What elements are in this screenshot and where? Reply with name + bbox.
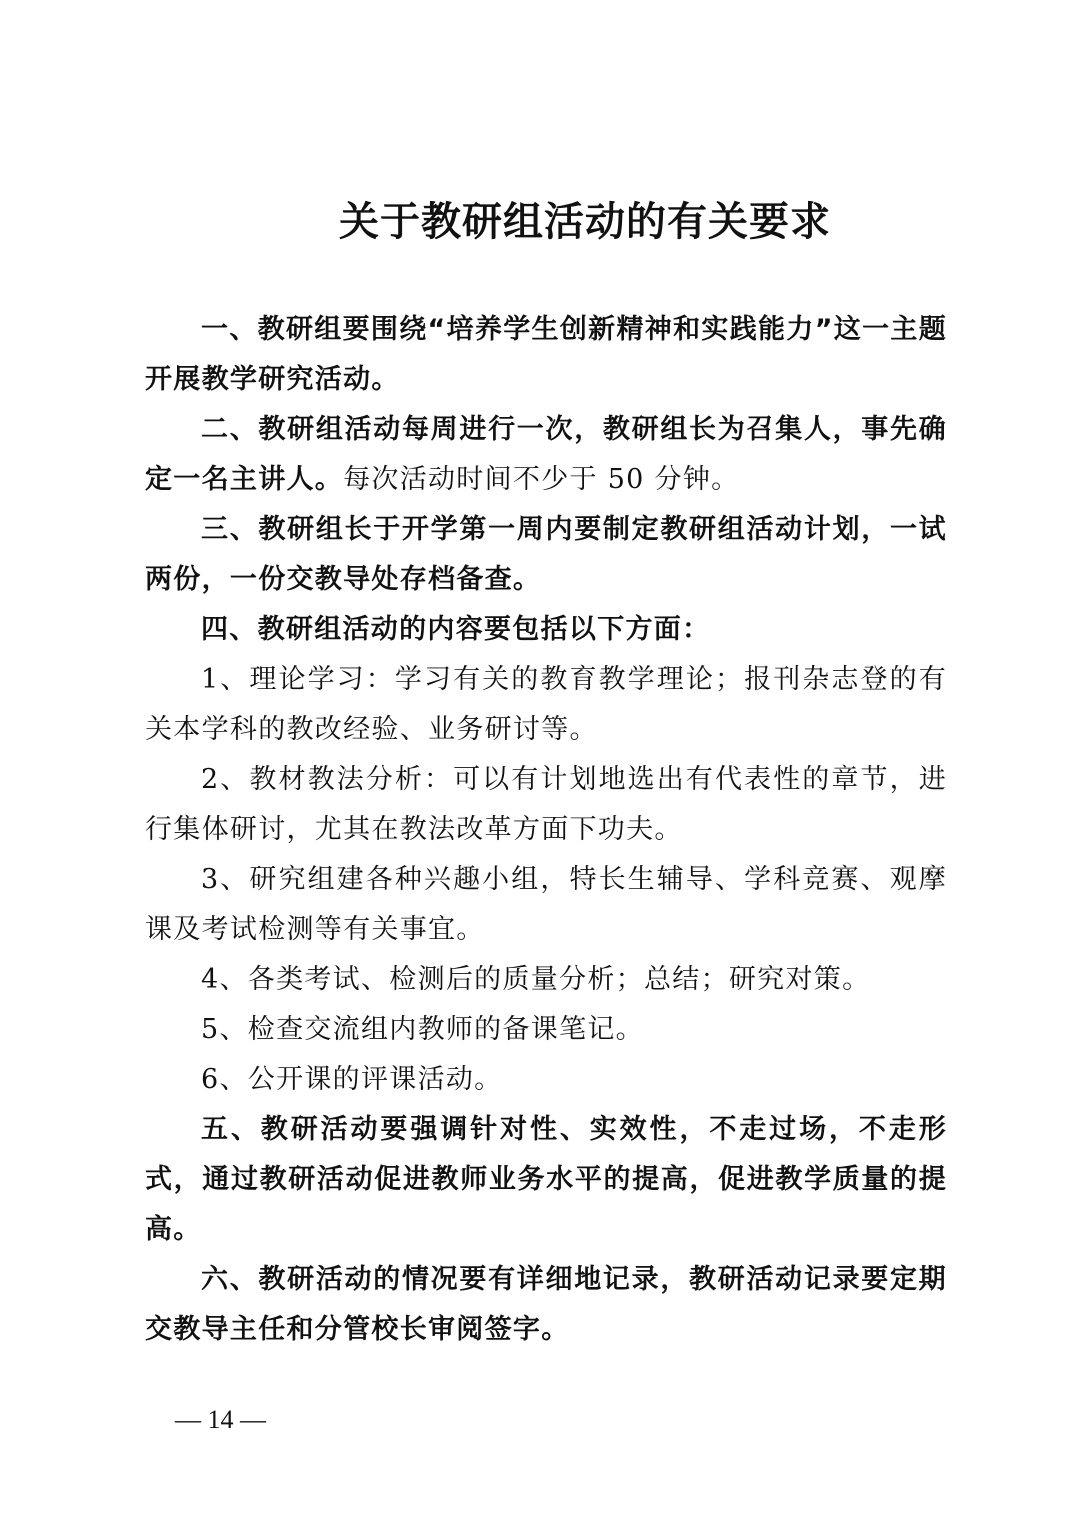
- list-item-3: 3、研究组建各种兴趣小组，特长生辅导、学科竞赛、观摩课及考试检测等有关事宜。: [145, 855, 947, 955]
- paragraph-2-light: 每次活动时间不少于 50 分钟。: [343, 464, 739, 495]
- list-item-5: 5、检查交流组内教师的备课笔记。: [145, 1005, 947, 1055]
- paragraph-4: 四、教研组活动的内容要包括以下方面：: [145, 605, 947, 655]
- paragraph-1: 一、教研组要围绕“培养学生创新精神和实践能力”这一主题开展教学研究活动。: [145, 305, 947, 405]
- document-page: 关于教研组活动的有关要求 一、教研组要围绕“培养学生创新精神和实践能力”这一主题…: [0, 0, 1080, 1527]
- list-item-6: 6、公开课的评课活动。: [145, 1055, 947, 1105]
- document-title: 关于教研组活动的有关要求: [0, 190, 1080, 247]
- list-item-4: 4、各类考试、检测后的质量分析；总结；研究对策。: [145, 955, 947, 1005]
- page-number: — 14 —: [175, 1405, 266, 1435]
- list-item-2: 2、教材教法分析：可以有计划地选出有代表性的章节，进行集体研讨，尤其在教法改革方…: [145, 755, 947, 855]
- paragraph-2: 二、教研组活动每周进行一次，教研组长为召集人，事先确定一名主讲人。每次活动时间不…: [145, 405, 947, 505]
- paragraph-5: 五、教研活动要强调针对性、实效性，不走过场，不走形式，通过教研活动促进教师业务水…: [145, 1105, 947, 1255]
- paragraph-3: 三、教研组长于开学第一周内要制定教研组活动计划，一试两份，一份交教导处存档备查。: [145, 505, 947, 605]
- document-body: 一、教研组要围绕“培养学生创新精神和实践能力”这一主题开展教学研究活动。 二、教…: [145, 305, 947, 1355]
- paragraph-6: 六、教研活动的情况要有详细地记录，教研活动记录要定期交教导主任和分管校长审阅签字…: [145, 1255, 947, 1355]
- list-item-1: 1、理论学习：学习有关的教育教学理论；报刊杂志登的有关本学科的教改经验、业务研讨…: [145, 655, 947, 755]
